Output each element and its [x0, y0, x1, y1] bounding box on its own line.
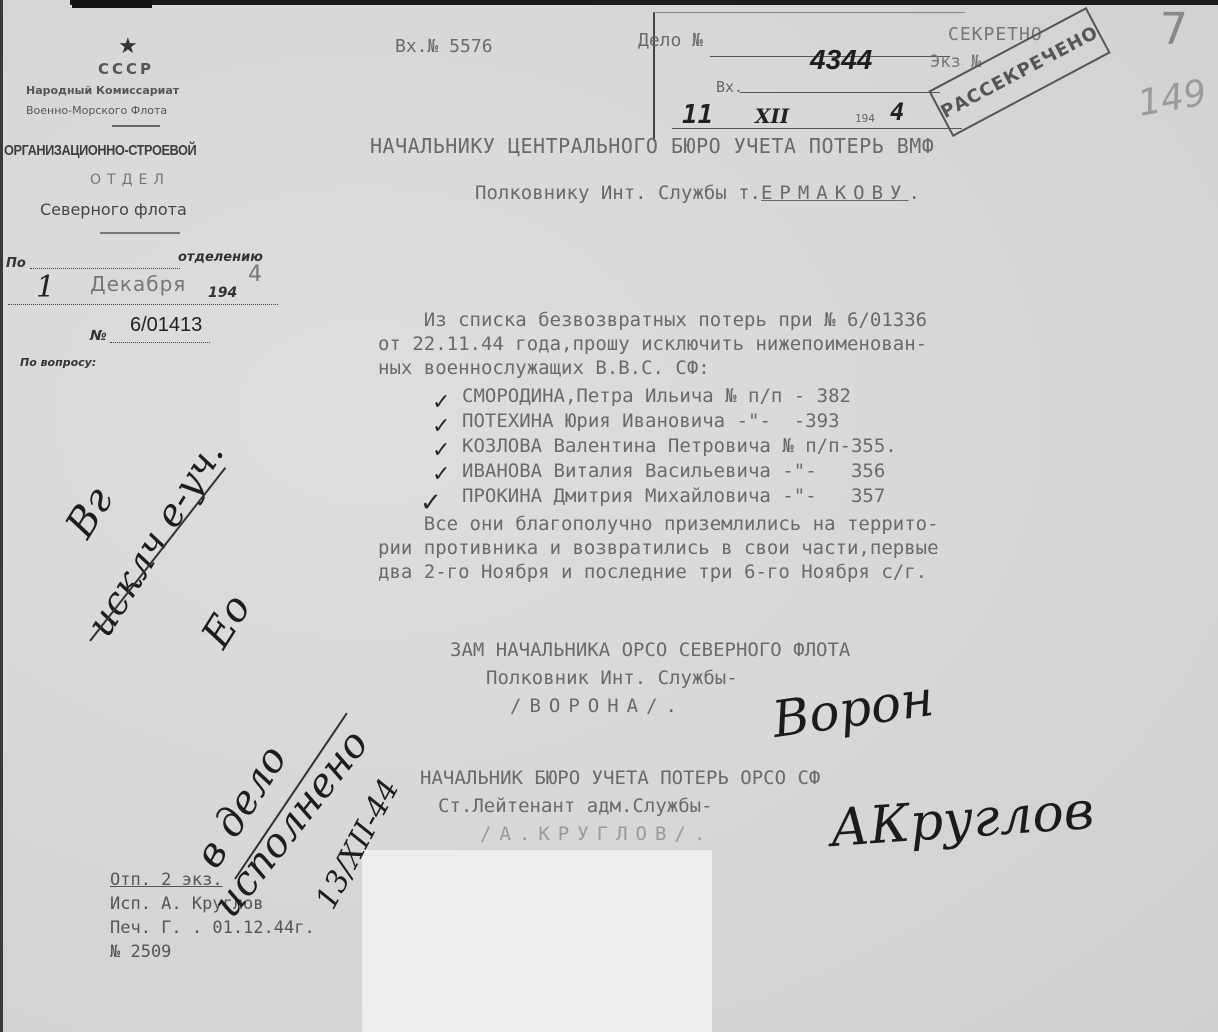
po-label: По	[6, 256, 26, 271]
chief-name: /А.КРУГЛОВ/.	[420, 820, 820, 848]
page-number-pencil: 149	[1135, 72, 1210, 124]
country-label: СССР	[98, 60, 154, 78]
date-year-suffix: 4	[248, 262, 262, 287]
checkmark-icon: ✓	[432, 390, 450, 415]
date-day: 1	[36, 270, 55, 305]
body-paragraph-2: Все они благополучно приземлились на тер…	[378, 512, 939, 584]
stamp-vh-label: Вх.	[716, 78, 743, 96]
list-item: СМОРОДИНА,Петра Ильича № п/п - 382	[462, 384, 897, 409]
divider	[100, 232, 180, 234]
stamp-month: XII	[755, 104, 789, 128]
body-line: Из списка безвозвратных потерь при № 6/0…	[378, 308, 927, 332]
dotted-line	[110, 342, 210, 343]
document-page: ★ СССР Народный Комиссариат Военно-Морск…	[0, 0, 1218, 1032]
page-edge-shadow	[70, 0, 1218, 5]
commissariat-label: Народный Комиссариат	[26, 84, 179, 97]
footer-number: № 2509	[110, 940, 315, 964]
list-item: ИВАНОВА Виталия Васильевича -"- 356	[462, 459, 897, 484]
department-label: ОРГАНИЗАЦИОННО-СТРОЕВОЙ	[4, 142, 196, 159]
outgoing-number: 6/01413	[130, 314, 202, 337]
page-edge-shadow	[72, 0, 152, 8]
personnel-list: СМОРОДИНА,Петра Ильича № п/п - 382 ПОТЕХ…	[462, 384, 897, 509]
stamp-day: 11	[682, 100, 713, 130]
pencil-mark: 7	[1160, 4, 1188, 55]
date-month: Декабря	[90, 272, 186, 296]
chief-handwritten-signature: АКруглов	[828, 781, 1096, 859]
checkmark-icon: ✓	[432, 414, 450, 439]
dotted-line	[8, 304, 278, 305]
department-label-line2: ОТДЕЛ	[90, 172, 170, 188]
chief-signature-block: НАЧАЛЬНИК БЮРО УЧЕТА ПОТЕРЬ ОРСО СФ Ст.Л…	[420, 764, 820, 848]
incoming-number: Вх.№ 5576	[395, 36, 493, 57]
handwritten-note: Вг	[57, 480, 122, 546]
stamp-year-suffix: 4	[890, 98, 904, 126]
star-icon: ★	[118, 34, 138, 59]
stamp-line	[740, 92, 940, 93]
commissariat-label-line2: Военно-Морского Флота	[26, 104, 167, 117]
handwritten-note: Ео	[193, 586, 260, 656]
list-item: ПОТЕХИНА Юрия Ивановича -"- -393	[462, 409, 897, 434]
addressee-line1: НАЧАЛЬНИКУ ЦЕНТРАЛЬНОГО БЮРО УЧЕТА ПОТЕР…	[370, 134, 934, 158]
body-line: от 22.11.44 года,прошу исключить нижепои…	[378, 332, 927, 356]
addressee-rank: Полковнику Инт. Службы т.	[475, 182, 761, 204]
addressee-name: ЕРМАКОВУ	[761, 182, 909, 204]
number-label: №	[90, 328, 107, 344]
chief-title: НАЧАЛЬНИК БЮРО УЧЕТА ПОТЕРЬ ОРСО СФ	[420, 764, 820, 792]
paper-patch	[362, 850, 712, 1032]
footer-block: Отп. 2 экз. Исп. А. Круглов Печ. Г. . 01…	[110, 868, 315, 964]
stamp-year-prefix: 194	[855, 112, 875, 125]
chief-rank: Ст.Лейтенант адм.Службы-	[420, 792, 820, 820]
divider	[112, 125, 160, 127]
addressee-line2: Полковнику Инт. Службы т.ЕРМАКОВУ.	[475, 182, 920, 204]
typed-date: Печ. Г. . 01.12.44г.	[110, 916, 315, 940]
page-edge-shadow	[0, 0, 3, 1032]
body-line: рии противника и возвратились в свои час…	[378, 536, 939, 560]
body-line: Все они благополучно приземлились на тер…	[378, 512, 939, 536]
deputy-title: ЗАМ НАЧАЛЬНИКА ОРСО СЕВЕРНОГО ФЛОТА	[450, 636, 850, 664]
question-label: По вопросу:	[20, 356, 96, 369]
case-label: Дело №	[638, 30, 703, 51]
checkmark-icon: ✓	[432, 438, 450, 463]
dotted-line	[30, 268, 180, 269]
body-line: два 2-го Ноября и последние три 6-го Ноя…	[378, 560, 939, 584]
list-item: КОЗЛОВА Валентина Петровича № п/п-355.	[462, 434, 897, 459]
case-number: 4344	[810, 44, 872, 76]
addressee-period: .	[909, 182, 920, 204]
stamp-line	[672, 128, 962, 129]
body-line: ных военнослужащих В.В.С. СФ:	[378, 356, 927, 380]
checkmark-icon: ✓	[432, 462, 450, 487]
list-item: ПРОКИНА Дмитрия Михайловича -"- 357	[462, 484, 897, 509]
fleet-label: Северного флота	[40, 200, 187, 219]
date-year-prefix: 194	[208, 285, 237, 301]
body-paragraph-1: Из списка безвозвратных потерь при № 6/0…	[378, 308, 927, 380]
